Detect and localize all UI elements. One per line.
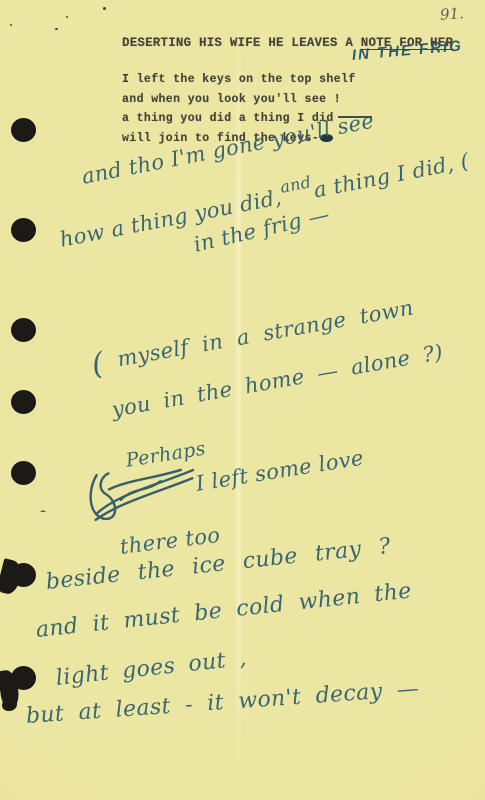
dust-speck (66, 16, 68, 18)
handwritten-line-d3: light goes out , (55, 646, 248, 691)
scribbled-out-word (80, 453, 208, 533)
punch-hole (11, 118, 36, 142)
margin-dash: - (40, 500, 46, 521)
poem-title-prefix: DESERTING HIS WIFE HE LEAVES A (122, 36, 361, 50)
dust-speck (103, 7, 106, 10)
punch-hole (11, 461, 36, 485)
handwritten-line-c2: I left some love (194, 446, 365, 496)
typed-line-2: and when you look you'll see ! (122, 90, 372, 110)
page-number: 91. (439, 4, 464, 24)
dust-speck (10, 24, 12, 26)
punch-hole (11, 318, 36, 342)
typed-line-1: I left the keys on the top shelf (122, 70, 372, 90)
caret-insertion: and (279, 172, 313, 197)
dust-speck (55, 28, 58, 30)
punch-hole (11, 390, 36, 414)
manuscript-page: 91. DESERTING HIS WIFE HE LEAVES A NOTE … (0, 0, 485, 800)
ink-smudge (2, 698, 17, 711)
punch-hole (11, 218, 36, 242)
open-paren: ( (89, 346, 107, 383)
